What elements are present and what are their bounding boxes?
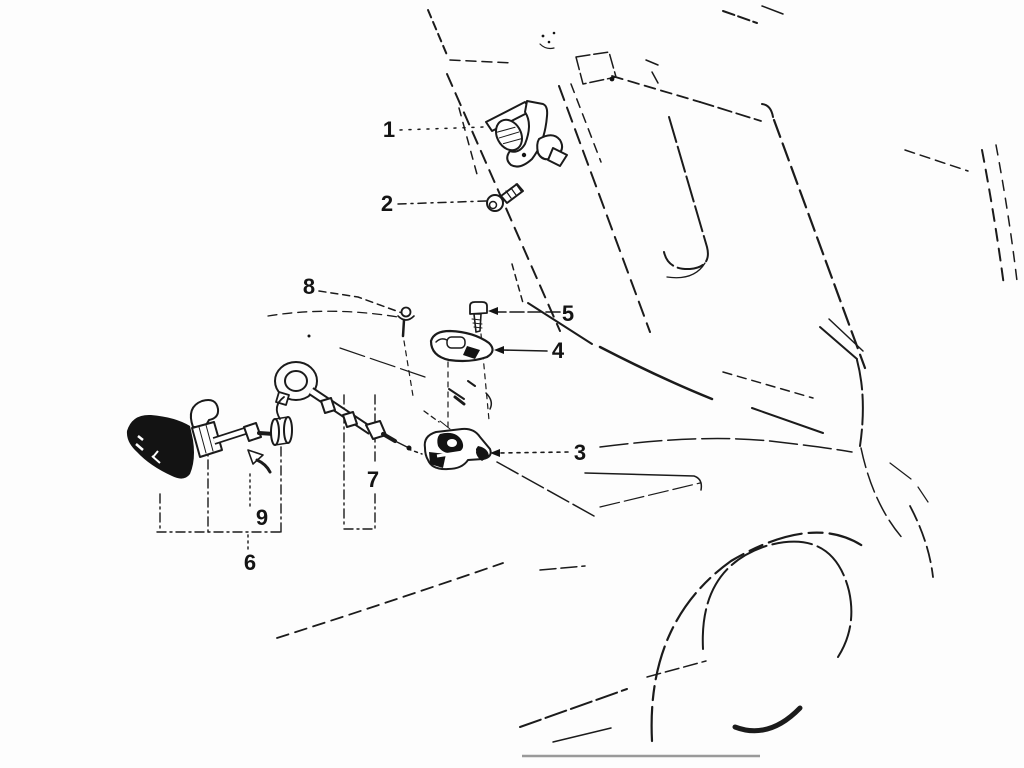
cable-assembly-part-7 <box>275 362 412 451</box>
hood-corner <box>762 104 773 117</box>
body-line <box>752 408 823 433</box>
callout-label-3: 3 <box>574 440 586 465</box>
callout-label-2: 2 <box>381 191 393 216</box>
callout-label-9: 9 <box>256 505 268 530</box>
hood-corner-drop <box>512 264 523 303</box>
leader-arrow-4 <box>494 346 504 354</box>
fender-rear <box>861 448 904 540</box>
body-sketch-line <box>340 348 425 377</box>
hood-top-edge <box>700 102 761 121</box>
hood-opening-edge <box>459 108 478 178</box>
leader-lines <box>319 127 568 457</box>
callout-label-5: 5 <box>562 301 574 326</box>
body-line <box>723 372 813 398</box>
hood-inner-brace <box>664 117 708 269</box>
rocker-line <box>647 661 706 677</box>
hood-right-edge <box>774 120 865 368</box>
cowl-sketch-marks <box>540 32 555 49</box>
latch-mount-sketch <box>424 381 491 429</box>
cable-tip-ball <box>407 446 412 451</box>
fender-tick <box>890 463 911 479</box>
leader-line-4 <box>502 350 547 351</box>
rocker-line <box>520 689 627 727</box>
fender-line <box>600 483 700 507</box>
top-right-mark <box>723 11 757 23</box>
cowl-line <box>450 60 513 63</box>
callout-labels: 1 2 3 4 5 6 7 8 9 <box>244 117 586 575</box>
callout-label-7: 7 <box>367 467 379 492</box>
callout-label-8: 8 <box>303 274 315 299</box>
callout-label-4: 4 <box>552 338 565 363</box>
callout-label-6: 6 <box>244 550 256 575</box>
windshield-header <box>905 150 968 171</box>
door-edge <box>996 145 1017 281</box>
cowl-tick <box>646 60 658 83</box>
hood-left-edge <box>559 86 650 332</box>
body-sketch-line <box>268 311 398 317</box>
rocker-line <box>553 728 611 742</box>
car-body-outline <box>268 6 1017 756</box>
wheel-arch-inner <box>703 542 852 657</box>
front-body-edge <box>540 566 585 570</box>
leader-line-1 <box>400 127 484 130</box>
front-body-edge <box>277 563 503 638</box>
sketch-dot <box>308 335 311 338</box>
parts-diagram-page: 1 2 3 4 5 6 7 8 9 <box>0 0 1024 768</box>
leader-arrow-5 <box>488 307 498 315</box>
open-hood-outline <box>559 76 865 368</box>
cable-loop-inner <box>285 371 307 391</box>
bolt-part-2 <box>487 184 523 211</box>
alignment-line-8 <box>404 341 413 396</box>
cable-end-taper <box>383 434 395 441</box>
screw-part-5 <box>470 302 487 332</box>
body-line <box>600 347 712 399</box>
release-handle-grip <box>127 415 194 479</box>
body-sketch-line <box>497 462 594 516</box>
hood-latch-part-3 <box>408 429 491 469</box>
parts-diagram-canvas: 1 2 3 4 5 6 7 8 9 <box>0 0 1024 768</box>
leader-line-2 <box>398 201 486 204</box>
wheel-arch-bottom <box>735 708 800 731</box>
wheel-arch-outer <box>652 533 867 741</box>
hood-left-edge <box>571 84 601 162</box>
fender-rear <box>910 506 933 577</box>
top-right-mark <box>762 6 783 14</box>
cable-ferrule <box>271 417 292 445</box>
cable-wire-tip <box>395 441 407 447</box>
fender-top <box>600 439 852 452</box>
screw-part-9 <box>248 450 270 472</box>
conduit-clamp <box>343 412 357 427</box>
cowl-line <box>428 10 447 55</box>
fender-tick <box>918 487 928 502</box>
striker-plate-part-4 <box>431 331 493 361</box>
leader-line-3 <box>498 452 568 453</box>
cowl-side <box>857 360 863 446</box>
hood-lock-assembly-part-1 <box>486 101 567 167</box>
leader-line-8 <box>319 291 402 313</box>
callout-label-1: 1 <box>383 117 395 142</box>
